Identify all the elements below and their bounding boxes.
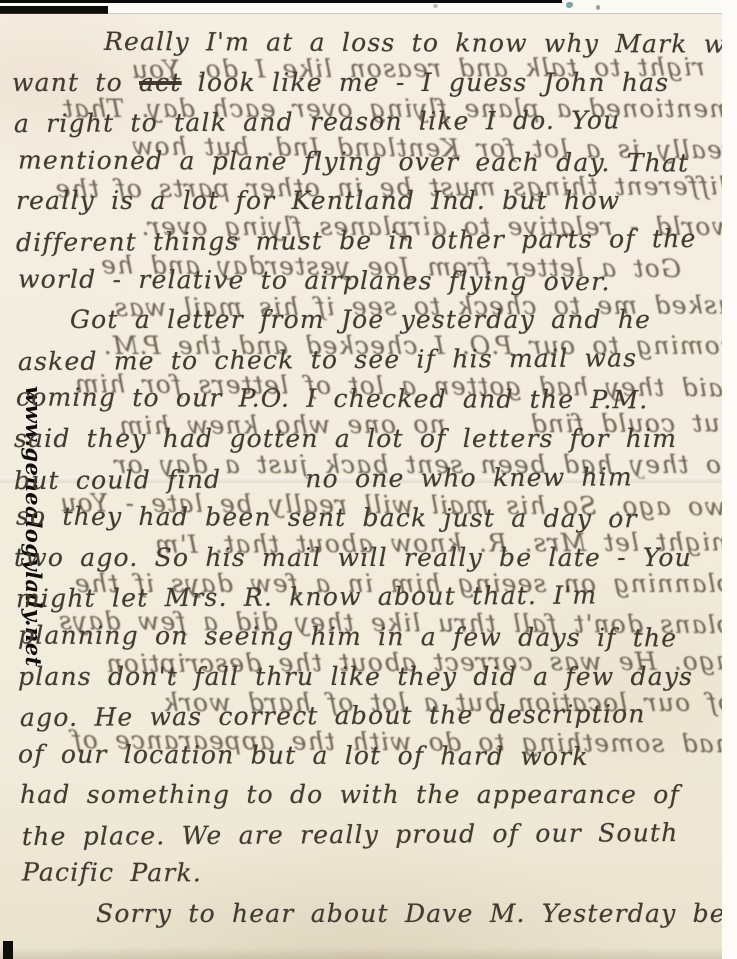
letter-line: world - relative to airplanes flying ove…	[8, 264, 705, 307]
scanned-letter-page: a right to talk and reason like I do. Yo…	[0, 0, 737, 959]
letter-line: but could findno one who knew him	[8, 461, 705, 505]
letter-line: Got a letter from Joe yesterday and he	[8, 305, 705, 345]
letter-line: different things must be in other parts …	[8, 224, 705, 268]
letter-paper: a right to talk and reason like I do. Yo…	[0, 14, 723, 959]
scan-speck-gray-2	[433, 4, 438, 8]
letter-line: asked me to check to see if his mail was	[8, 343, 705, 387]
letter-line: the place. We are really proud of our So…	[8, 818, 705, 862]
letter-line: Sorry to hear about Dave M. Yesterday be…	[8, 899, 705, 939]
handwriting-segment: want to	[12, 68, 139, 97]
handwriting-gap	[221, 487, 305, 488]
letter-line: Pacific Park.	[8, 858, 705, 901]
letter-line: want to act look like me - I guess John …	[8, 68, 705, 108]
handwriting-segment: of our location but a lot of hard work	[18, 739, 589, 770]
handwriting-segment: the place. We are really proud of our So…	[22, 818, 679, 851]
crossed-out-word: act	[139, 68, 182, 97]
letter-line: so they had been sent back just a day or	[8, 502, 705, 545]
letter-line: Really I'm at a loss to know why Mark wo…	[8, 26, 705, 69]
handwriting-segment: had something to do with the appearance …	[20, 780, 680, 809]
handwriting-segment: ago. He was correct about the descriptio…	[20, 699, 646, 732]
letter-line: had something to do with the appearance …	[8, 780, 705, 820]
handwriting-segment: world - relative to airplanes flying ove…	[18, 264, 611, 296]
letter-line: of our location but a lot of hard work	[8, 739, 705, 782]
scan-speck-gray	[596, 5, 600, 10]
letter-line: ago. He was correct about the descriptio…	[8, 699, 705, 743]
handwriting-segment: coming to our P.O. I checked and the P.M…	[16, 383, 649, 415]
scanner-background-strip	[722, 0, 737, 959]
handwriting-segment: so they had been sent back just a day or	[16, 502, 638, 534]
handwriting-segment: no one who knew him	[305, 462, 633, 493]
handwriting-segment: planning on seeing him in a few days if …	[18, 620, 677, 652]
handwriting-segment: plans don't fall thru like they did a fe…	[18, 662, 693, 691]
letter-line: coming to our P.O. I checked and the P.M…	[8, 383, 705, 426]
handwriting-segment: Pacific Park.	[22, 858, 202, 888]
letter-line: a right to talk and reason like I do. Yo…	[8, 105, 705, 149]
handwriting-segment: asked me to check to see if his mail was	[18, 343, 637, 376]
handwriting-segment: Really I'm at a loss to know why Mark wo…	[104, 27, 723, 59]
letter-line: two ago. So his mail will really be late…	[8, 543, 705, 583]
scan-edge-artifact-bottom-left	[3, 941, 13, 959]
letter-line: plans don't fall thru like they did a fe…	[8, 662, 705, 702]
scan-speck-teal	[566, 2, 573, 8]
letter-line: planning on seeing him in a few days if …	[8, 620, 705, 663]
handwriting-segment: really is a lot for Kentland Ind. but ho…	[16, 186, 620, 215]
handwriting-segment: different things must be in other parts …	[16, 224, 697, 257]
letter-line: said they had gotten a lot of letters fo…	[8, 424, 705, 464]
handwriting-segment: two ago. So his mail will really be late…	[14, 543, 692, 572]
scan-edge-artifact-top	[0, 0, 562, 3]
letter-line: mentioned a plane flying over each day. …	[8, 145, 705, 188]
handwriting-segment: but could find	[14, 464, 222, 494]
letter-body: Really I'm at a loss to know why Mark wo…	[8, 28, 705, 939]
handwriting-segment: Got a letter from Joe yesterday and he	[70, 305, 651, 334]
handwriting-segment: said they had gotten a lot of letters fo…	[14, 424, 677, 453]
handwriting-segment: look like me - I guess John has	[182, 68, 670, 97]
handwriting-segment: a right to talk and reason like I do. Yo…	[14, 106, 621, 139]
scan-edge-artifact-top-left	[0, 6, 108, 14]
handwriting-segment: might let Mrs. R. know about that. I'm	[16, 581, 597, 614]
handwriting-segment: Sorry to hear about Dave M. Yesterday be…	[96, 899, 723, 928]
handwriting-segment: mentioned a plane flying over each day. …	[18, 145, 689, 177]
letter-line: might let Mrs. R. know about that. I'm	[8, 580, 705, 624]
paper-bottom-shadow	[0, 947, 723, 959]
letter-line: really is a lot for Kentland Ind. but ho…	[8, 186, 705, 226]
